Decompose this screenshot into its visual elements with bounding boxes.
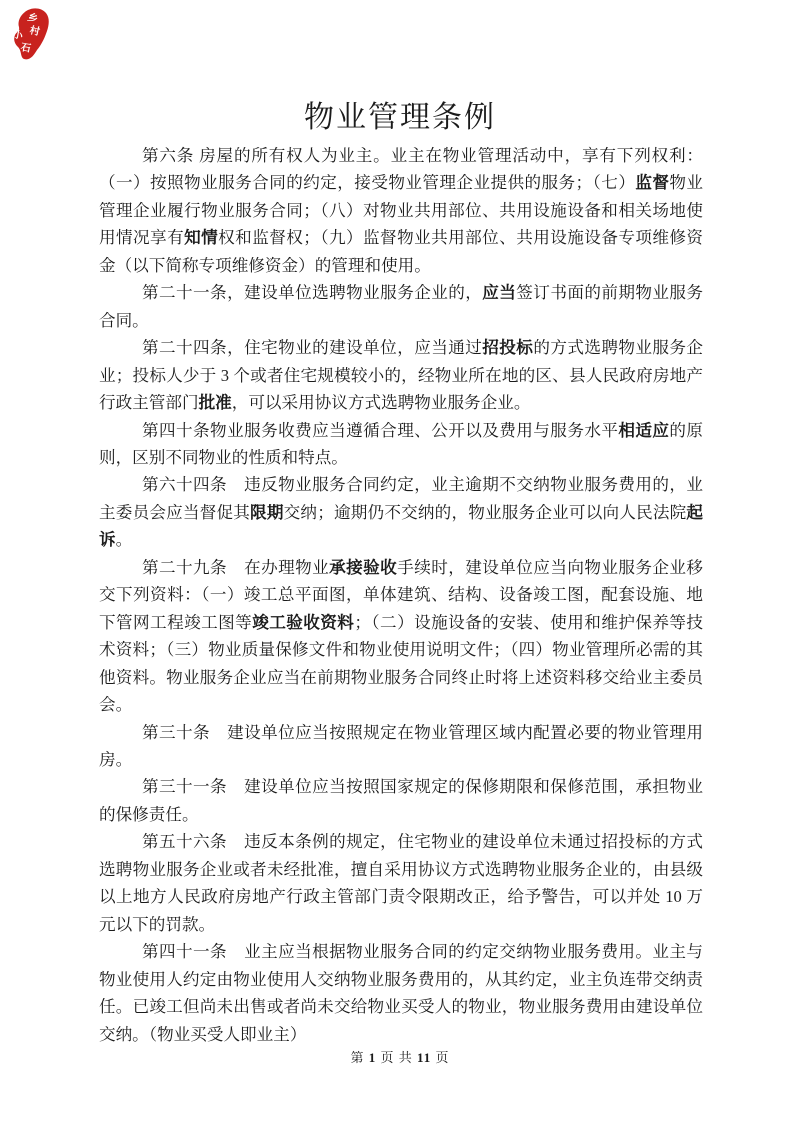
paragraph: 第三十一条 建设单位应当按照国家规定的保修期限和保修范围，承担物业的保修责任。 xyxy=(99,773,703,828)
paragraph: 第二十一条，建设单位选聘物业服务企业的，应当签订书面的前期物业服务合同。 xyxy=(99,279,703,334)
paragraph: 第三十条 建设单位应当按照规定在物业管理区域内配置必要的物业管理用房。 xyxy=(99,719,703,774)
red-seal-stamp: 乡 村 小 石 xyxy=(6,4,54,64)
text-run: 第四十条物业服务收费应当遵循合理、公开以及费用与服务水平 xyxy=(142,421,618,440)
emphasis-text-run: 相适应 xyxy=(618,421,669,440)
emphasis-text-run: 承接验收 xyxy=(329,558,397,577)
document-page: 乡 村 小 石 物业管理条例 第六条 房屋的所有权人为业主。业主在物业管理活动中… xyxy=(0,0,800,1131)
document-title: 物业管理条例 xyxy=(0,92,800,136)
text-run: 第 xyxy=(350,1050,368,1065)
text-run: 第二十九条 在办理物业 xyxy=(142,558,329,577)
emphasis-text-run: 监督 xyxy=(635,173,669,192)
text-run: 第五十六条 违反本条例的规定，住宅物业的建设单位未通过招投标的方式选聘物业服务企… xyxy=(99,832,703,933)
emphasis-text-run: 11 xyxy=(417,1050,431,1065)
text-run: 第三十一条 建设单位应当按照国家规定的保修期限和保修范围，承担物业的保修责任。 xyxy=(99,777,703,823)
text-run: 第三十条 建设单位应当按照规定在物业管理区域内配置必要的物业管理用房。 xyxy=(99,723,703,769)
text-run: ，可以采用协议方式选聘物业服务企业。 xyxy=(232,393,531,412)
text-run: 页 共 xyxy=(376,1050,417,1065)
text-run: 。 xyxy=(116,530,133,549)
emphasis-text-run: 限期 xyxy=(250,503,284,522)
text-run: 第二十一条，建设单位选聘物业服务企业的， xyxy=(142,283,482,302)
text-run: 第四十一条 业主应当根据物业服务合同的约定交纳物业服务费用。业主与物业使用人约定… xyxy=(99,942,703,1043)
paragraph: 第四十一条 业主应当根据物业服务合同的约定交纳物业服务费用。业主与物业使用人约定… xyxy=(99,938,703,1048)
emphasis-text-run: 知情 xyxy=(184,228,218,247)
page-footer: 第 1 页 共 11 页 xyxy=(0,1047,800,1066)
text-run: 交纳；逾期仍不交纳的，物业服务企业可以向人民法院 xyxy=(284,503,687,522)
document-body: 第六条 房屋的所有权人为业主。业主在物业管理活动中，享有下列权利：（一）按照物业… xyxy=(99,142,703,1048)
paragraph: 第六十四条 违反物业服务合同约定，业主逾期不交纳物业服务费用的，业主委员会应当督… xyxy=(99,471,703,553)
emphasis-text-run: 招投标 xyxy=(482,338,533,357)
emphasis-text-run: 应当 xyxy=(482,283,516,302)
paragraph: 第二十九条 在办理物业承接验收手续时，建设单位应当向物业服务企业移交下列资料：（… xyxy=(99,554,703,719)
emphasis-text-run: 竣工验收资料 xyxy=(252,613,354,632)
paragraph: 第六条 房屋的所有权人为业主。业主在物业管理活动中，享有下列权利：（一）按照物业… xyxy=(99,142,703,279)
paragraph: 第五十六条 违反本条例的规定，住宅物业的建设单位未通过招投标的方式选聘物业服务企… xyxy=(99,828,703,938)
text-run: 第六条 房屋的所有权人为业主。业主在物业管理活动中，享有下列权利：（一）按照物业… xyxy=(99,146,703,192)
emphasis-text-run: 批准 xyxy=(199,393,232,412)
text-run: 页 xyxy=(431,1050,449,1065)
paragraph: 第二十四条，住宅物业的建设单位，应当通过招投标的方式选聘物业服务企业；投标人少于… xyxy=(99,334,703,416)
text-run: 第二十四条，住宅物业的建设单位，应当通过 xyxy=(142,338,482,357)
paragraph: 第四十条物业服务收费应当遵循合理、公开以及费用与服务水平相适应的原则，区别不同物… xyxy=(99,417,703,472)
